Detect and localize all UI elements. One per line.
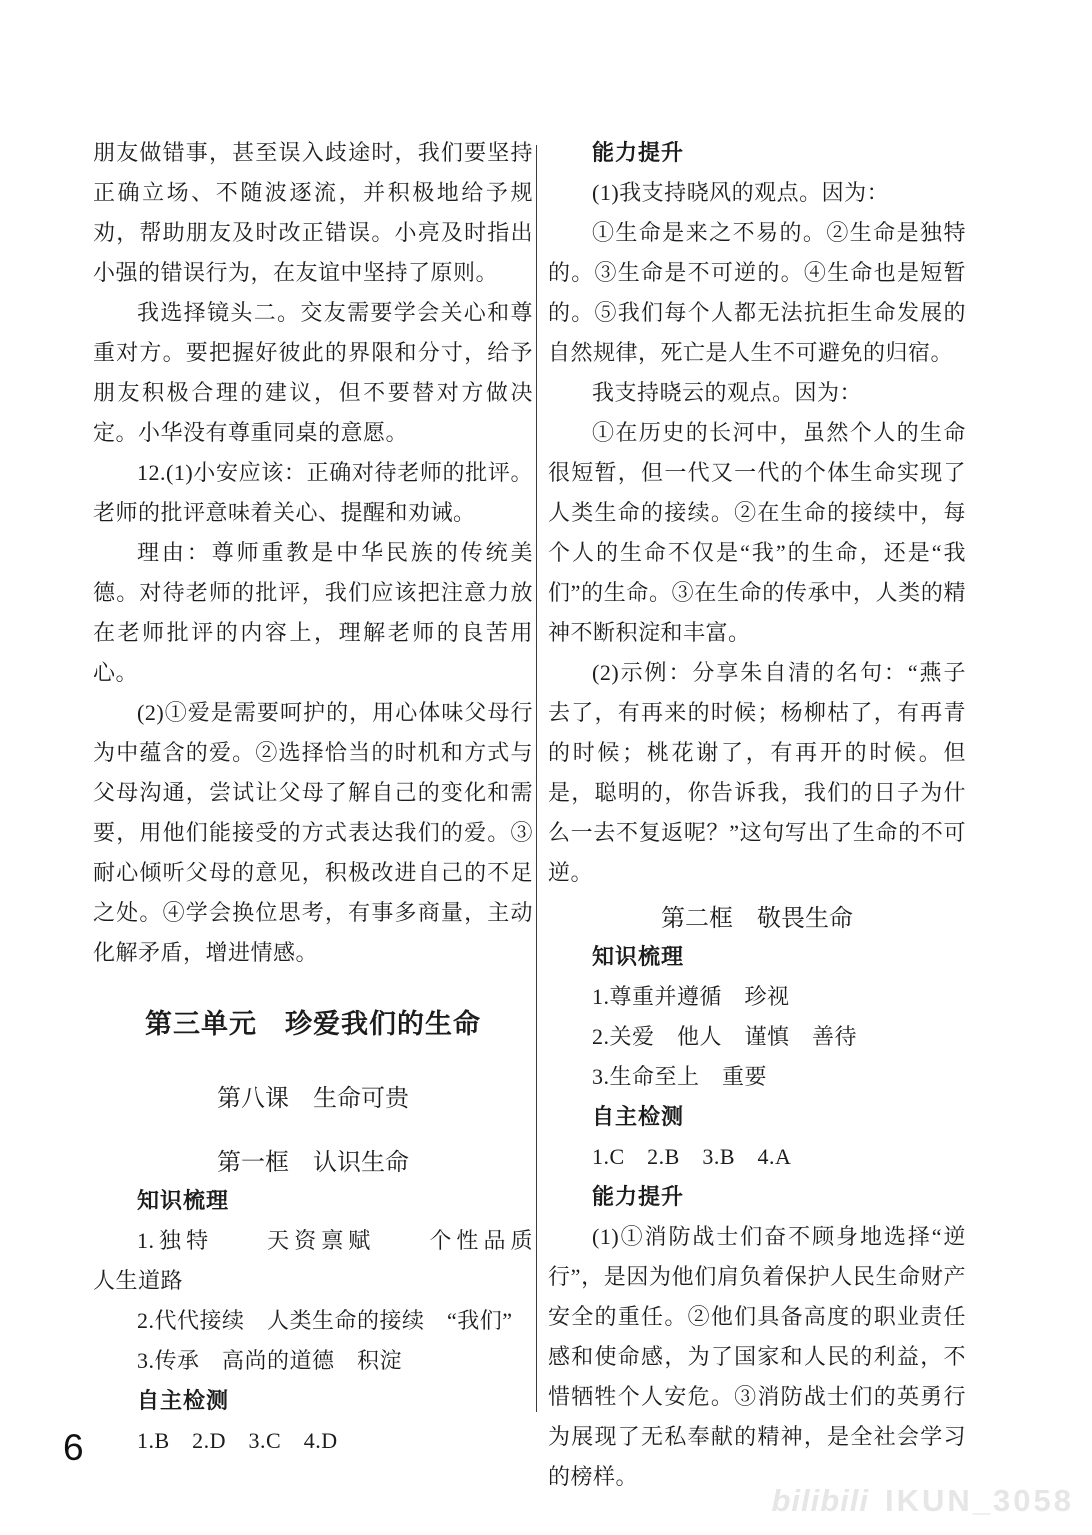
answer-book-page: 朋友做错事，甚至误入歧途时，我们要坚持正确立场、不随波逐流，并积极地给予规劝，帮… [0,0,1092,1535]
paragraph: 朋友做错事，甚至误入歧途时，我们要坚持正确立场、不随波逐流，并积极地给予规劝，帮… [93,133,533,293]
subsection-heading: 能力提升 [548,133,966,173]
answer-paragraph: (1)①消防战士们奋不顾身地选择“逆行”，是因为他们肩负着保护人民生命财产安全的… [548,1217,966,1497]
answer-line: 3.传承 高尚的道德 积淀 [93,1341,533,1381]
answer-line: 1.独特 天资禀赋 个性品质 人生道路 [93,1221,533,1301]
page-number: 6 [63,1426,84,1470]
frame-heading: 第一框 认识生命 [93,1145,533,1181]
answer-line: 2.关爱 他人 谨慎 善待 [548,1017,966,1057]
answer-paragraph: (1)我支持晓风的观点。因为： [548,173,966,213]
right-column: 能力提升 (1)我支持晓风的观点。因为： ①生命是来之不易的。②生命是独特的。③… [548,133,966,1497]
watermark-user-id: IKUN_3058 [885,1483,1074,1519]
left-column: 朋友做错事，甚至误入歧途时，我们要坚持正确立场、不随波逐流，并积极地给予规劝，帮… [93,133,533,1461]
frame-heading: 第二框 敬畏生命 [548,901,966,937]
subsection-heading: 能力提升 [548,1177,966,1217]
subsection-heading: 自主检测 [93,1381,533,1421]
answer-paragraph: 我支持晓云的观点。因为： [548,373,966,413]
answer-line: 3.生命至上 重要 [548,1057,966,1097]
answer-paragraph: (2)示例：分享朱自清的名句：“燕子去了，有再来的时候；杨柳枯了，有再青的时候；… [548,653,966,893]
answer-line: 1.C 2.B 3.B 4.A [548,1137,966,1177]
subsection-heading: 知识梳理 [548,937,966,977]
unit-heading: 第三单元 珍爱我们的生命 [93,1003,533,1045]
lesson-heading: 第八课 生命可贵 [93,1081,533,1117]
subsection-heading: 自主检测 [548,1097,966,1137]
answer-line: 1.B 2.D 3.C 4.D [93,1421,533,1461]
paragraph: 我选择镜头二。交友需要学会关心和尊重对方。要把握好彼此的界限和分寸，给予朋友积极… [93,293,533,453]
answer-paragraph: (2)①爱是需要呵护的，用心体味父母行为中蕴含的爱。②选择恰当的时机和方式与父母… [93,693,533,973]
column-divider [536,145,537,1412]
answer-line: 1.尊重并遵循 珍视 [548,977,966,1017]
answer-line: 2.代代接续 人类生命的接续 “我们” [93,1301,533,1341]
answer-paragraph: 理由：尊师重教是中华民族的传统美德。对待老师的批评，我们应该把注意力放在老师批评… [93,533,533,693]
answer-paragraph: ①在历史的长河中，虽然个人的生命很短暂，但一代又一代的个体生命实现了人类生命的接… [548,413,966,653]
answer-paragraph: ①生命是来之不易的。②生命是独特的。③生命是不可逆的。④生命也是短暂的。⑤我们每… [548,213,966,373]
answer-paragraph: 12.(1)小安应该：正确对待老师的批评。老师的批评意味着关心、提醒和劝诫。 [93,453,533,533]
subsection-heading: 知识梳理 [93,1181,533,1221]
watermark: bilibili IKUN_3058 [771,1483,1074,1519]
bilibili-logo: bilibili [771,1483,869,1519]
